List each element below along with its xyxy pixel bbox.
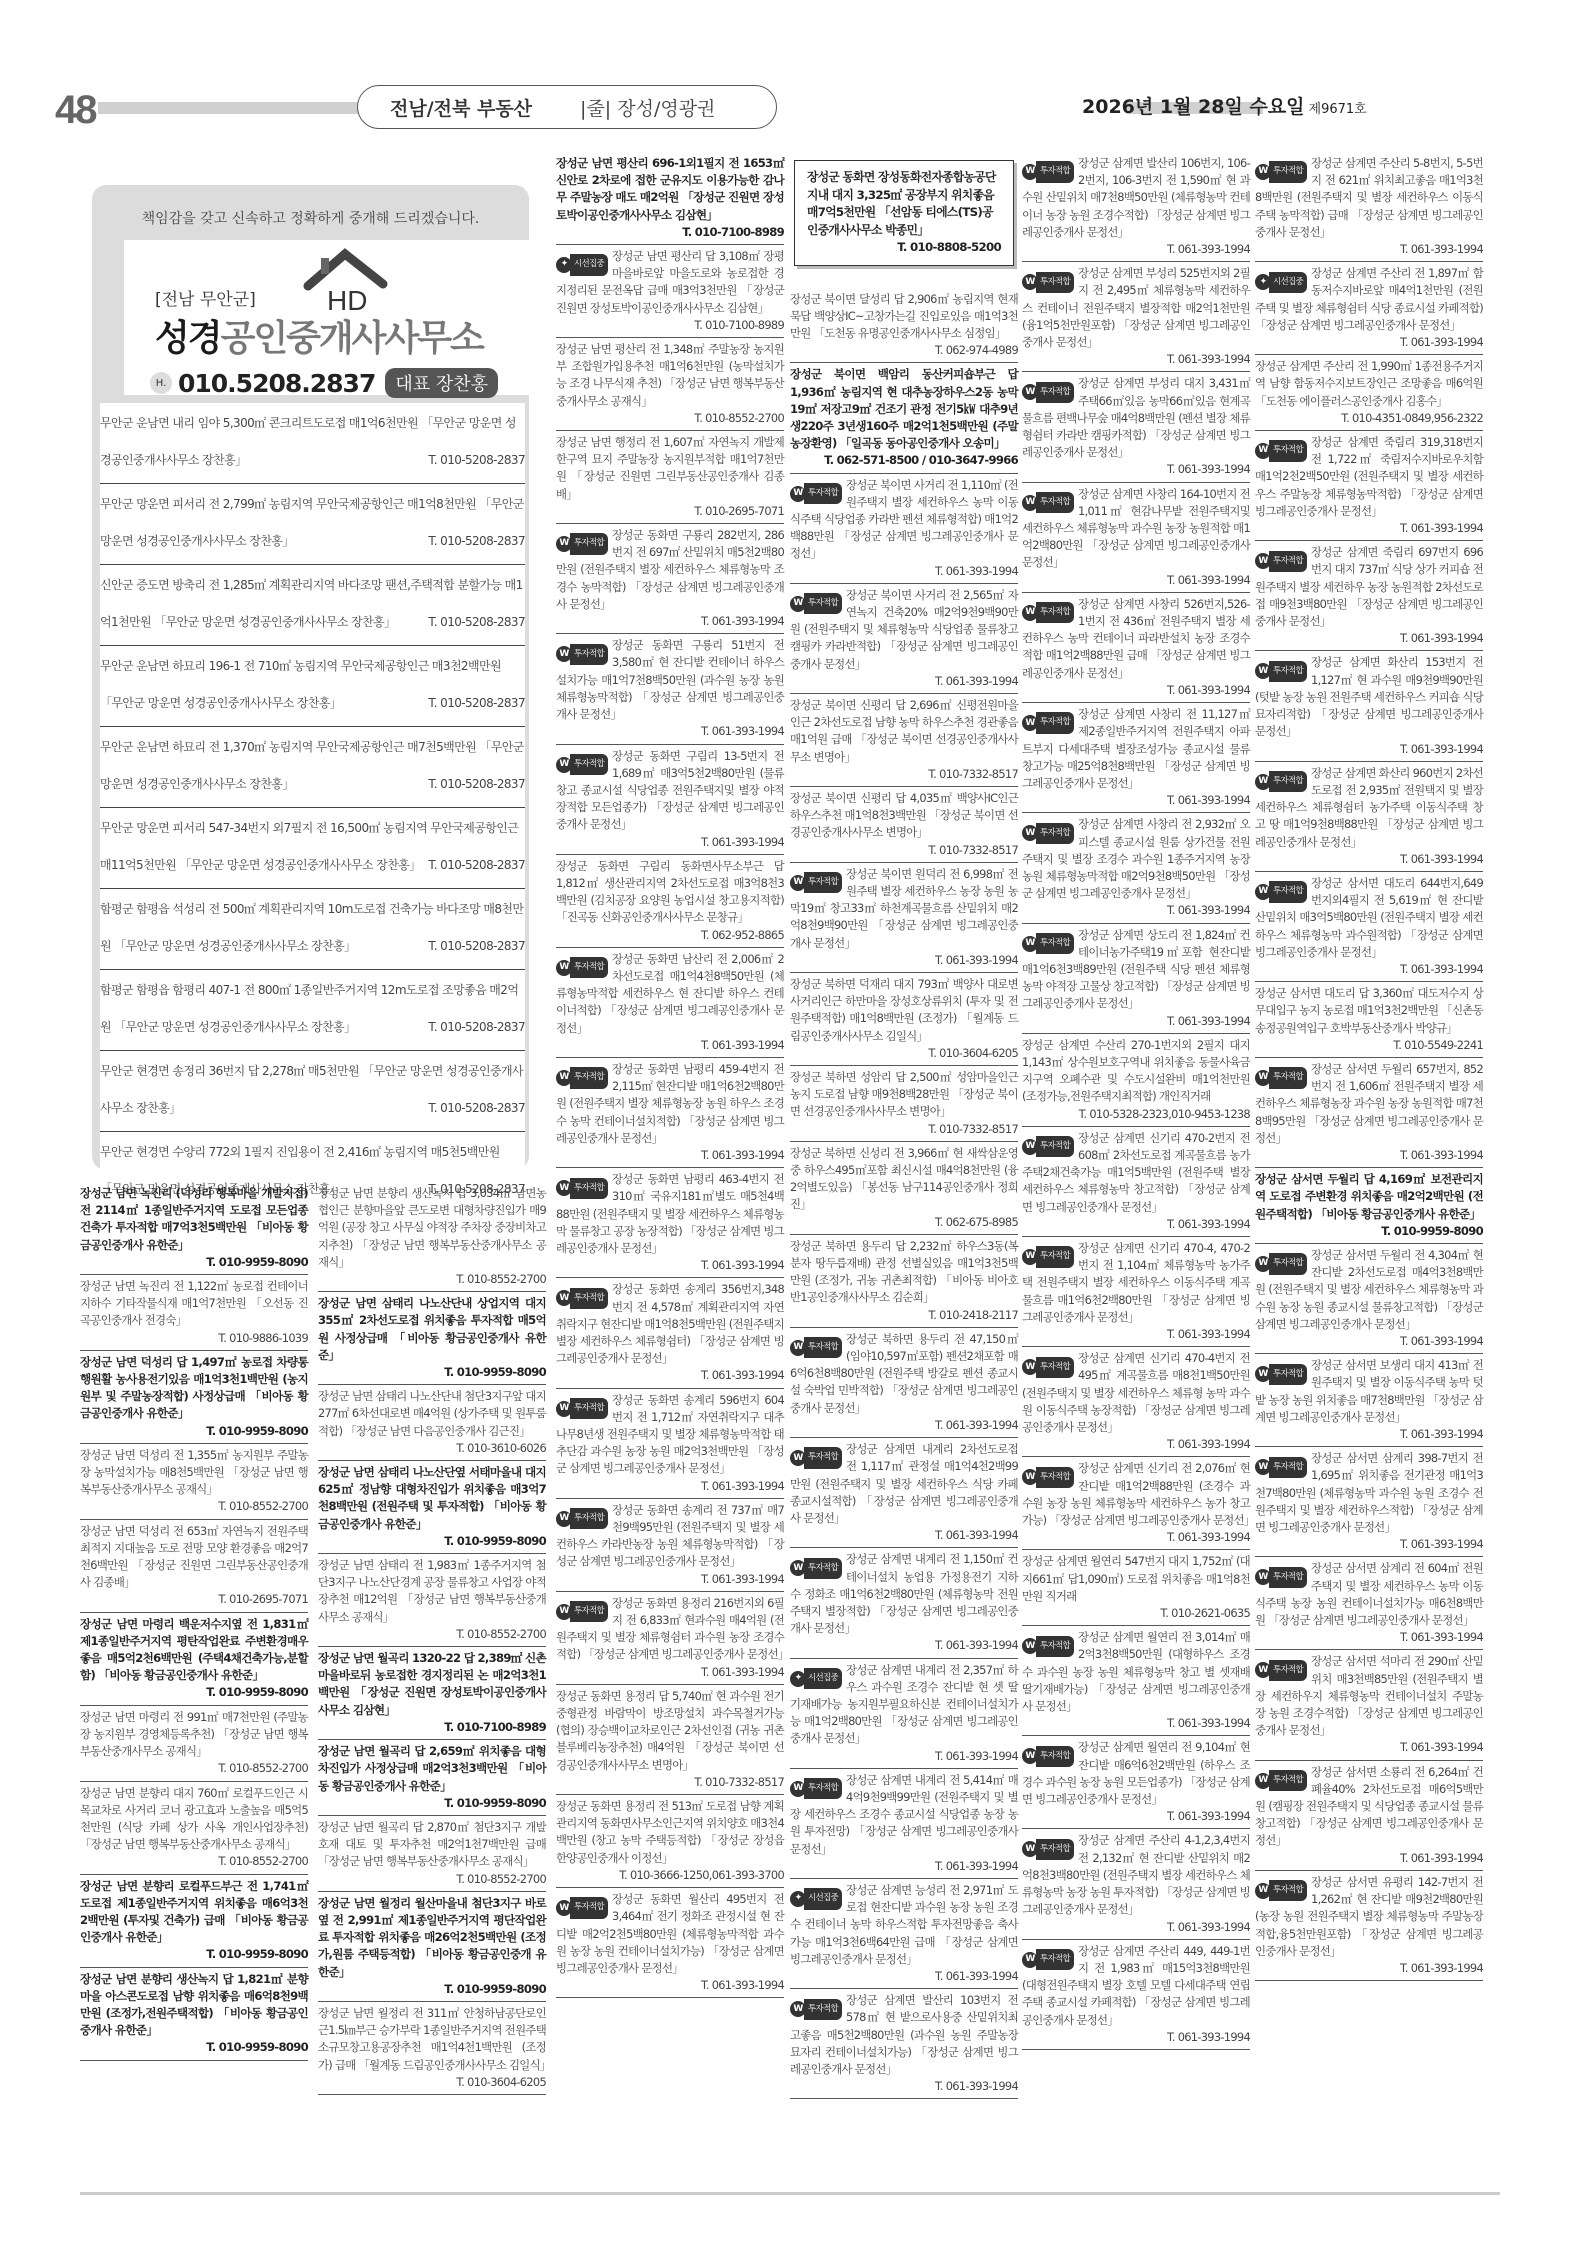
listing-entry: 장성군 삼서면 대도리 답 3,360㎡ 대도저수지 상무대입구 농지 농로접 … — [1255, 982, 1483, 1058]
listing-entry: W투자적합장성군 북이면 원덕리 전 6,998㎡ 전원주택 별장 세컨하우스 … — [790, 863, 1018, 973]
badge-label: 투자적합 — [1036, 1949, 1074, 1970]
listing-text: 장성군 삼서면 대도리 답 3,360㎡ 대도저수지 상무대입구 농지 농로접 … — [1255, 986, 1483, 1034]
column-6: W투자적합장성군 삼계면 주산리 5-8번지, 5-5번지 전 621㎡ 위치최… — [1255, 152, 1483, 1981]
column-4: 장성군 동화면 장성동화전자종합농공단지내 대지 3,325㎡ 공장부지 위치좋… — [790, 152, 1018, 2099]
listing-entry: 장성군 남면 월곡리 답 2,659㎡ 위치좋음 대형차진입가 사정상급매 매2… — [318, 1740, 546, 1816]
listing-entry: 장성군 북이면 신평리 답 4,035㎡ 백양사IC인근 하우스추천 매1억8천… — [790, 787, 1018, 863]
listing-phone: T. 061-393-1994 — [1255, 1536, 1483, 1553]
listing-text: 장성군 북이면 백암리 동산커피숍부근 답 1,936㎡ 농림지역 현 대추농장… — [790, 367, 1018, 450]
listing-text: 장성군 북하면 성암리 답 2,500㎡ 성암마을인근농지 도로접 남향 매9천… — [790, 1070, 1018, 1118]
invest-badge: W투자적합 — [1022, 1834, 1074, 1864]
listing-entry: 장성군 남면 월정리 월산마을내 첨단3지구 바로옆 전 2,991㎡ 제1종일… — [318, 1892, 546, 2002]
listing-entry: 장성군 남면 분향리 로컬푸드부근 전 1,741㎡ 도로접 제1종일반주거지역… — [80, 1875, 308, 1968]
invest-badge: W투자적합 — [1255, 1562, 1307, 1592]
invest-badge: W투자적합 — [1022, 929, 1074, 959]
listing-entry: W투자적합장성군 삼계면 주산리 5-8번지, 5-5번지 전 621㎡ 위치최… — [1255, 152, 1483, 262]
listing-phone: T. 061-393-1994 — [1255, 741, 1483, 758]
listing-phone: T. 010-9959-8090 — [80, 2039, 308, 2056]
listing-phone: T. 061-393-1994 — [790, 952, 1018, 969]
listing-entry: W투자적합장성군 삼계면 신기리 470-4, 470-2번지 전 1,104㎡… — [1022, 1237, 1250, 1347]
invest-badge: W투자적합 — [1255, 436, 1307, 466]
badge-label: 투자적합 — [1269, 440, 1307, 461]
listing-text: 장성군 삼계면 수산리 270-1번지외 2필지 대지 1,143㎡ 상수원보호… — [1022, 1038, 1250, 1104]
badge-label: 투자적합 — [1036, 1839, 1074, 1860]
invest-badge: W투자적합 — [1255, 546, 1307, 576]
listing-entry: 장성군 동화면 용정리 전 513㎡ 도로접 남향 계획관리지역 동화면사무소인… — [556, 1795, 784, 1888]
listing-phone: T. 061-393-1994 — [1022, 1436, 1250, 1453]
badge-label: 투자적합 — [1036, 1357, 1074, 1378]
invest-badge: W투자적합 — [556, 1283, 608, 1313]
listing-entry: W투자적합장성군 삼서면 소룡리 전 6,264㎡ 건폐율40% 2차선도로접 … — [1255, 1761, 1483, 1871]
badge-label: 투자적합 — [804, 1778, 842, 1799]
focus-badge: ✦시선집중 — [1255, 267, 1307, 297]
listing-entry: W투자적합장성군 삼계면 죽림리 319,318번지 전 1,722㎡ 죽림저수… — [1255, 431, 1483, 541]
listing-phone: T. 061-393-1994 — [556, 1037, 784, 1054]
listing-phone: T. 010-8552-2700 — [318, 1626, 546, 1643]
listing-phone: T. 061-393-1994 — [1022, 1326, 1250, 1343]
page-header: 48 전남/전북 부동산 |줄| 장성/영광권 2026년 1월 28일 수요일… — [0, 80, 1588, 140]
invest-badge: W투자적합 — [1022, 267, 1074, 297]
badge-label: 투자적합 — [1269, 1067, 1307, 1088]
header-rule-left — [98, 102, 360, 114]
listing-entry: W투자적합장성군 삼서면 두월리 전 4,304㎡ 현 잔디밭 2차선도로접 매… — [1255, 1244, 1483, 1354]
listing-phone: T. 010-9959-8090 — [318, 1533, 546, 1550]
listing-phone: T. 061-393-1994 — [1022, 1013, 1250, 1030]
listing-entry: 장성군 동화면 용정리 답 5,740㎡ 현 과수원 전기 중형관정 바람막이 … — [556, 1685, 784, 1795]
listing-phone: T. 062-952-8865 — [556, 927, 784, 944]
listing-text: 장성군 남면 월정리 월산마을내 첨단3지구 바로옆 전 2,991㎡ 제1종일… — [318, 1896, 546, 1979]
listing-entry: 장성군 남면 마령리 백운저수지옆 전 1,831㎡ 제1종일반주거지역 평탄작… — [80, 1613, 308, 1706]
ad-listing: 무안군 운남면 하묘리 196-1 전 710㎡ 농림지역 무안국제공항인근 매… — [100, 646, 525, 727]
badge-label: 투자적합 — [570, 1897, 608, 1918]
badge-label: 투자적합 — [1269, 1770, 1307, 1791]
listing-phone: T. 010-7100-8989 — [556, 317, 784, 334]
listing-entry: W투자적합장성군 삼계면 사창리 전 11,127㎡ 제2종일반주거지역 전원주… — [1022, 703, 1250, 813]
listing-phone: T. 061-393-1994 — [1255, 1147, 1483, 1164]
listing-phone: T. 010-8552-2700 — [80, 1498, 308, 1515]
column-1: 장성군 남면 녹진리 (덕성리 행복마을 개발지접) 전 2114㎡ 1종일반주… — [80, 1182, 308, 2061]
invest-badge: W투자적합 — [1022, 818, 1074, 848]
listing-phone: T. 061-393-1994 — [556, 613, 784, 630]
listing-text: 장성군 남면 분향리 생산녹지 답 3,034㎡ 남면농협인근 분향마을앞 큰도… — [318, 1186, 546, 1269]
listing-phone: T. 061-393-1994 — [556, 1257, 784, 1274]
listing-entry: W투자적합장성군 삼서면 유평리 142-7번지 전 1,262㎡ 현 잔디밭 … — [1255, 1871, 1483, 1981]
badge-label: 투자적합 — [1269, 551, 1307, 572]
listing-text: 장성군 남면 분향리 로컬푸드부근 전 1,741㎡ 도로접 제1종일반주거지역… — [80, 1879, 308, 1945]
listing-phone: T. 061-393-1994 — [1255, 961, 1483, 978]
badge-label: 투자적합 — [804, 593, 842, 614]
badge-label: 투자적합 — [1269, 1567, 1307, 1588]
listing-phone: T. 061-393-1994 — [790, 563, 1018, 580]
listing-text: 장성군 남면 마령리 백운저수지옆 전 1,831㎡ 제1종일반주거지역 평탄작… — [80, 1617, 308, 1683]
ad-listing: 무안군 망운면 피서리 547-34번지 외7필지 전 16,500㎡ 농림지역… — [100, 808, 525, 889]
listing-entry: W투자적합장성군 삼서면 대도리 644번지,649번지외4필지 전 5,619… — [1255, 872, 1483, 982]
listing-phone: T. 010-9959-8090 — [318, 1364, 546, 1381]
invest-badge: W투자적합 — [556, 1173, 608, 1203]
listing-text: 장성군 남면 덕성리 전 1,355㎡ 농지원부 주말농장 농막설치가능 매8천… — [80, 1448, 308, 1496]
badge-label: 투자적합 — [570, 533, 608, 554]
listing-phone: T. 061-393-1994 — [1022, 241, 1250, 258]
listing-phone: T. 010-5208-2837 — [428, 523, 525, 560]
listing-phone: T. 061-393-1994 — [1255, 1333, 1483, 1350]
ad-name-bold: 성경 — [155, 318, 221, 359]
badge-label: 투자적합 — [1036, 1746, 1074, 1767]
ad-phone: 010.5208.2837 — [178, 369, 375, 398]
listing-text: 장성군 남면 덕성리 전 653㎡ 자연녹지 전원주택최적지 지대높음 도로 전… — [80, 1524, 308, 1590]
publication-date: 2026년 1월 28일 수요일제9671호 — [1082, 92, 1367, 119]
listing-entry: 장성군 남면 삼태리 나노산단옆 서태마을내 대지 625㎡ 정남향 대형차진입… — [318, 1461, 546, 1554]
ad-listings: 무안군 운남면 내리 임야 5,300㎡ 콘크리트도로접 매1억6천만원 「무안… — [100, 403, 525, 1212]
listing-phone: T. 010-8552-2700 — [318, 1271, 546, 1288]
listing-phone: T. 061-393-1994 — [790, 1858, 1018, 1875]
badge-label: 투자적합 — [1269, 771, 1307, 792]
listing-entry: 장성군 남면 덕성리 전 653㎡ 자연녹지 전원주택최적지 지대높음 도로 전… — [80, 1520, 308, 1613]
listing-entry: 장성군 삼계면 수산리 270-1번지외 2필지 대지 1,143㎡ 상수원보호… — [1022, 1034, 1250, 1127]
badge-label: 투자적합 — [1269, 1364, 1307, 1385]
listing-entry: 장성군 동화면 구림리 동화면사무소부근 답 1,812㎡ 생산관리지역 2차선… — [556, 855, 784, 948]
listing-text: 장성군 남면 평산리 696-1외1필지 전 1653㎡ 신안로 2차로에 접한… — [556, 156, 784, 222]
listing-entry: 장성군 삼계면 주산리 전 1,990㎡ 1종전용주거지역 남향 함동저수지보트… — [1255, 355, 1483, 431]
section-subtitle: |줄| 장성/영광권 — [580, 94, 715, 121]
listing-entry: W투자적합장성군 삼계면 화산리 960번지 2차선도로접 전 2,935㎡ 전… — [1255, 762, 1483, 872]
listing-text: 장성군 남면 월곡리 답 2,659㎡ 위치좋음 대형차진입가 사정상급매 매2… — [318, 1744, 546, 1792]
invest-badge: W투자적합 — [556, 529, 608, 559]
listing-entry: ✦시선집중장성군 삼계면 능성리 전 2,971㎡ 도로접 현잔디밭 과수원 농… — [790, 1879, 1018, 1989]
badge-label: 투자적합 — [1036, 602, 1074, 623]
listing-text: 장성군 남면 월정리 전 311㎡ 안청하남공단로인근1.5㎞부근 승가부락 1… — [318, 2006, 551, 2072]
listing-phone: T. 061-393-1994 — [556, 1664, 784, 1681]
listing-phone: T. 010-3604-6205 — [318, 2074, 546, 2091]
invest-badge: W투자적합 — [1255, 656, 1307, 686]
listing-phone: T. 061-393-1994 — [1022, 682, 1250, 699]
listing-entry: 장성군 남면 월정리 전 311㎡ 안청하남공단로인근1.5㎞부근 승가부락 1… — [318, 2002, 546, 2095]
listing-phone: T. 061-393-1994 — [556, 1977, 784, 1994]
listing-entry: 장성군 남면 삼태리 나노산단내 상업지역 대지 355㎡ 2차선도로접 위치좋… — [318, 1292, 546, 1385]
footer-rule — [80, 2192, 1500, 2195]
invest-badge: W투자적합 — [1255, 1766, 1307, 1796]
badge-label: 투자적합 — [1269, 1253, 1307, 1274]
listing-phone: T. 010-8552-2700 — [80, 1760, 308, 1777]
listing-phone: T. 061-393-1994 — [1255, 520, 1483, 537]
listing-phone: T. 010-9886-1039 — [80, 1330, 308, 1347]
badge-label: 시선집중 — [804, 1888, 842, 1909]
listing-phone: T. 061-393-1994 — [790, 673, 1018, 690]
listing-phone: T. 010-7332-8517 — [790, 1121, 1018, 1138]
listing-phone: T. 061-393-1994 — [1255, 630, 1483, 647]
badge-label: 투자적합 — [1269, 161, 1307, 182]
listing-phone: T. 061-393-1994 — [790, 1417, 1018, 1434]
phone-icon: H. — [150, 372, 172, 394]
badge-label: 투자적합 — [1036, 1136, 1074, 1157]
focus-badge: ✦시선집중 — [790, 1664, 842, 1694]
listing-entry: 장성군 북하면 신성리 전 3,966㎡ 현 새싹삼운영중 하우스495㎡포함 … — [790, 1142, 1018, 1235]
listing-entry: W투자적합장성군 동화면 월산리 495번지 전 3,464㎡ 전기 정화조 관… — [556, 1888, 784, 1998]
listing-text: 장성군 동화면 장성동화전자종합농공단지내 대지 3,325㎡ 공장부지 위치좋… — [807, 170, 996, 237]
listing-phone: T. 061-393-1994 — [790, 1527, 1018, 1544]
listing-phone: T. 061-393-1994 — [556, 1571, 784, 1588]
listing-phone: T. 010-5208-2837 — [428, 442, 525, 479]
listing-entry: W투자적합장성군 삼계면 화산리 153번지 전 1,127㎡ 현 과수원 매9… — [1255, 651, 1483, 761]
listing-text: 장성군 남면 삼태리 전 1,983㎡ 1종주거지역 첨단3지구 나노산단경계 … — [318, 1558, 546, 1624]
badge-label: 투자적합 — [570, 1178, 608, 1199]
listing-entry: W투자적합장성군 삼계면 부성리 525번지외 2필지 전 2,495㎡ 체류형… — [1022, 262, 1250, 372]
badge-label: 투자적합 — [1036, 382, 1074, 403]
invest-badge: W투자적합 — [556, 1394, 608, 1424]
listing-phone: T. 010-5208-2837 — [428, 1009, 525, 1046]
listing-entry: W투자적합장성군 삼계면 발산리 103번지 전 578㎡ 현 밭으로사용중 산… — [790, 1989, 1018, 2099]
invest-badge: W투자적합 — [1022, 1352, 1074, 1382]
listing-text: 장성군 남면 녹진리 (덕성리 행복마을 개발지접) 전 2114㎡ 1종일반주… — [80, 1186, 308, 1252]
listing-phone: T. 061-393-1994 — [1255, 1850, 1483, 1867]
invest-badge: W투자적합 — [1255, 1876, 1307, 1906]
listing-text: 장성군 동화면 용정리 답 5,740㎡ 현 과수원 전기 중형관정 바람막이 … — [556, 1689, 784, 1772]
listing-text: 장성군 삼계면 월연리 547번지 대지 1,752㎡ (대지661㎡ 답1,0… — [1022, 1554, 1250, 1602]
invest-badge: W투자적합 — [1022, 377, 1074, 407]
listing-phone: T. 010-5328-2323,010-9453-1238 — [1022, 1106, 1250, 1123]
listing-entry: W투자적합장성군 삼계면 죽림리 697번지 696번지 대지 737㎡ 식당 … — [1255, 541, 1483, 651]
badge-label: 투자적합 — [570, 644, 608, 665]
listing-text: 장성군 삼서면 두월리 답 4,169㎡ 보전관리지역 도로접 주변환경 위치좋… — [1255, 1172, 1483, 1220]
listing-phone: T. 010-3666-1250,061-393-3700 — [556, 1867, 784, 1884]
badge-label: 투자적합 — [804, 1337, 842, 1358]
listing-entry: 장성군 남면 행정리 전 1,607㎡ 자연녹지 개발제한구역 묘지 주말농장 … — [556, 431, 784, 524]
listing-entry: W투자적합장성군 동화면 남평리 459-4번지 전 2,115㎡ 현잔디밭 매… — [556, 1058, 784, 1168]
listing-entry: 장성군 남면 덕성리 전 1,355㎡ 농지원부 주말농장 농막설치가능 매8천… — [80, 1444, 308, 1520]
listing-entry: W투자적합장성군 동화면 용정리 216번지외 6필지 전 6,833㎡ 현과수… — [556, 1592, 784, 1685]
invest-badge: W투자적합 — [1255, 877, 1307, 907]
listing-phone: T. 010-9959-8090 — [80, 1946, 308, 1963]
badge-label: 투자적합 — [570, 1288, 608, 1309]
listing-entry: 장성군 남면 마령리 전 991㎡ 매7천만원 (주말농장 농지원부 경영체등록… — [80, 1706, 308, 1782]
listing-phone: T. 010-2695-7071 — [80, 1591, 308, 1608]
listing-text: 장성군 남면 삼태리 나노산단내 상업지역 대지 355㎡ 2차선도로접 위치좋… — [318, 1296, 546, 1362]
house-logo-icon: HD — [303, 248, 388, 318]
column-2: 장성군 남면 분향리 생산녹지 답 3,034㎡ 남면농협인근 분향마을앞 큰도… — [318, 1182, 546, 2095]
listing-text: 장성군 남면 삼태리 나노산단옆 서태마을내 대지 625㎡ 정남향 대형차진입… — [318, 1465, 546, 1531]
listing-phone: T. 010-8552-2700 — [556, 410, 784, 427]
listing-phone: T. 061-393-1994 — [790, 2078, 1018, 2095]
listing-phone: T. 061-393-1994 — [1022, 792, 1250, 809]
listing-text: 장성군 남면 덕성리 답 1,497㎡ 농로접 차량통행원활 농사용전기있음 매… — [80, 1355, 308, 1421]
listing-phone: T. 061-393-1994 — [790, 1968, 1018, 1985]
listing-phone: T. 061-393-1994 — [1022, 1919, 1250, 1936]
listing-entry: 장성군 북하면 성암리 답 2,500㎡ 성암마을인근농지 도로접 남향 매9천… — [790, 1066, 1018, 1142]
ad-name-rest: 공인중개사사무소 — [221, 318, 483, 359]
invest-badge: W투자적합 — [1022, 1242, 1074, 1272]
listing-phone: T. 061-393-1994 — [790, 1637, 1018, 1654]
badge-label: 투자적합 — [1036, 272, 1074, 293]
section-label: 전남/전북 부동산 |줄| 장성/영광권 — [357, 85, 777, 129]
badge-label: 투자적합 — [570, 957, 608, 978]
listing-phone: T. 061-393-1994 — [790, 1748, 1018, 1765]
listing-phone: T. 010-5208-2837 — [428, 1090, 525, 1127]
listing-entry: W투자적합장성군 북이면 사거리 전 1,110㎡ (전원주택지 별장 세컨하우… — [790, 474, 1018, 584]
badge-label: 투자적합 — [804, 1447, 842, 1468]
listing-entry: W투자적합장성군 삼서면 두월리 657번지, 852번지 전 1,606㎡ 전… — [1255, 1058, 1483, 1168]
listing-phone: T. 010-9959-8090 — [80, 1254, 308, 1271]
badge-label: 투자적합 — [1036, 492, 1074, 513]
listing-entry: W투자적합장성군 삼계면 상도리 전 1,824㎡ 컨테이너농가주택19㎡포함 … — [1022, 924, 1250, 1034]
listing-text: 장성군 북이면 신평리 답 2,696㎡ 신평전원마을인근 2차선도로접 남향 … — [790, 698, 1018, 764]
listing-phone: T. 010-7332-8517 — [790, 766, 1018, 783]
invest-badge: W투자적합 — [556, 1063, 608, 1093]
invest-badge: W투자적합 — [790, 1994, 842, 2024]
listing-phone: T. 010-3604-6205 — [790, 1045, 1018, 1062]
badge-label: 투자적합 — [1036, 1636, 1074, 1657]
listing-text: 장성군 북하면 용두리 답 2,232㎡ 하우스3동(복분자 땅두릅재배) 관정… — [790, 1239, 1018, 1305]
badge-label: 투자적합 — [1036, 823, 1074, 844]
listing-phone: T. 010-8552-2700 — [80, 1853, 308, 1870]
badge-label: 투자적합 — [570, 1067, 608, 1088]
badge-label: 투자적합 — [804, 483, 842, 504]
badge-label: 투자적합 — [1036, 1467, 1074, 1488]
listing-phone: T. 061-393-1994 — [1255, 334, 1483, 351]
badge-label: 투자적합 — [1269, 1660, 1307, 1681]
section-title: 전남/전북 부동산 — [390, 94, 532, 121]
invest-badge: W투자적합 — [556, 1504, 608, 1534]
listing-entry: W투자적합장성군 동화면 구룡리 51번지 전 3,580㎡ 현 잔디밭 컨테이… — [556, 634, 784, 744]
listing-text: 장성군 남면 평산리 전 1,348㎡ 주말농장 농지원부 조합원가입용추천 매… — [556, 342, 784, 408]
listing-phone: T. 010-9959-8090 — [318, 1981, 546, 1998]
listing-entry: 장성군 북이면 신평리 답 2,696㎡ 신평전원마을인근 2차선도로접 남향 … — [790, 694, 1018, 787]
listing-text: 장성군 남면 삼태리 나노산단내 첨단3지구앞 대지 277㎡ 6차선대로변 매… — [318, 1389, 546, 1437]
ad-representative: 대표 장찬홍 — [385, 368, 498, 398]
invest-badge: W투자적합 — [1022, 1631, 1074, 1661]
listing-phone: T. 061-393-1994 — [556, 834, 784, 851]
listing-text: 장성군 남면 분향리 대지 760㎡ 로컬푸드인근 시목교차로 사거리 코너 광… — [80, 1786, 308, 1852]
listing-entry: 장성군 남면 삼태리 전 1,983㎡ 1종주거지역 첨단3지구 나노산단경계 … — [318, 1554, 546, 1647]
listing-phone: T. 061-393-1994 — [1022, 902, 1250, 919]
listing-phone: T. 010-5208-2837 — [428, 847, 525, 884]
badge-label: 투자적합 — [1036, 712, 1074, 733]
listing-entry: W투자적합장성군 삼계면 사창리 164-10번지 전 1,011㎡ 현감나무밭… — [1022, 483, 1250, 593]
invest-badge: W투자적합 — [1022, 488, 1074, 518]
listing-entry: 장성군 삼계면 월연리 547번지 대지 1,752㎡ (대지661㎡ 답1,0… — [1022, 1550, 1250, 1626]
invest-badge: W투자적합 — [1255, 1249, 1307, 1279]
listing-entry: W투자적합장성군 삼서면 삼계리 398-7번지 전 1,695㎡ 위치좋음 전… — [1255, 1447, 1483, 1557]
listing-entry: W투자적합장성군 삼계면 신기리 470-4번지 전 495㎡ 계곡물흐름 매8… — [1022, 1347, 1250, 1457]
listing-phone: T. 062-571-8500 / 010-3647-9966 — [790, 452, 1018, 469]
listing-phone: T. 010-8552-2700 — [318, 1871, 546, 1888]
listing-phone: T. 061-393-1994 — [556, 1478, 784, 1495]
listing-phone: T. 061-393-1994 — [556, 1367, 784, 1384]
invest-badge: W투자적합 — [556, 750, 608, 780]
listing-entry: 장성군 남면 녹진리 전 1,122㎡ 농로접 컨테이너 지하수 기타작물식재 … — [80, 1275, 308, 1351]
invest-badge: W투자적합 — [556, 1893, 608, 1923]
listing-entry: ✦시선집중장성군 삼계면 내계리 전 2,357㎡ 하우스 과수원 조경수 잔디… — [790, 1659, 1018, 1769]
listing-phone: T. 010-2695-7071 — [556, 503, 784, 520]
invest-badge: W투자적합 — [790, 1333, 842, 1363]
listing-phone: T. 061-393-1994 — [1022, 1808, 1250, 1825]
listing-entry: W투자적합장성군 삼서면 석마리 전 290㎡ 산밑위치 매3천백85만원 (전… — [1255, 1650, 1483, 1760]
listing-phone: T. 010-5208-2837 — [428, 766, 525, 803]
listing-phone: T. 061-393-1994 — [1255, 851, 1483, 868]
invest-badge: W투자적합 — [790, 868, 842, 898]
listing-phone: T. 061-393-1994 — [1255, 1739, 1483, 1756]
invest-badge: W투자적합 — [1255, 1359, 1307, 1389]
listing-entry: W투자적합장성군 동화면 남평리 463-4번지 전 310㎡ 국유지181㎡별… — [556, 1168, 784, 1278]
listing-text: 장성군 남면 월곡리 1320-22 답 2,389㎡ 신촌마을바로뒤 농로접한… — [318, 1651, 546, 1717]
listing-phone: T. 010-4351-0849,956-2322 — [1255, 410, 1483, 427]
listing-phone: T. 010-5208-2837 — [428, 928, 525, 965]
page-number: 48 — [55, 88, 96, 133]
focus-badge: ✦시선집중 — [556, 250, 608, 280]
listing-entry: W투자적합장성군 동화면 송계리 596번지 604번지 전 1,712㎡ 자연… — [556, 1389, 784, 1499]
listing-entry: 장성군 북이면 백암리 동산커피숍부근 답 1,936㎡ 농림지역 현 대추농장… — [790, 363, 1018, 473]
listing-text: 장성군 동화면 용정리 전 513㎡ 도로접 남향 계획관리지역 동화면사무소인… — [556, 1799, 784, 1865]
listing-entry: W투자적합장성군 삼계면 내계리 2차선도로접 전 1,117㎡ 관정설 매1억… — [790, 1438, 1018, 1548]
listing-phone: T. 010-8808-5200 — [807, 239, 1001, 257]
listing-entry: 장성군 남면 평산리 전 1,348㎡ 주말농장 농지원부 조합원가입용추천 매… — [556, 338, 784, 431]
invest-badge: W투자적합 — [556, 953, 608, 983]
badge-label: 투자적합 — [804, 872, 842, 893]
badge-label: 시선집중 — [804, 1668, 842, 1689]
listing-text: 장성군 남면 마령리 전 991㎡ 매7천만원 (주말농장 농지원부 경영체등록… — [80, 1710, 308, 1758]
ad-listing: 함평군 함평읍 함평리 407-1 전 800㎡ 1종일반주거지역 12m도로접… — [100, 970, 525, 1051]
listing-entry: 장성군 삼서면 두월리 답 4,169㎡ 보전관리지역 도로접 주변환경 위치좋… — [1255, 1168, 1483, 1244]
badge-label: 투자적합 — [570, 1601, 608, 1622]
badge-label: 투자적합 — [570, 754, 608, 775]
listing-entry: 장성군 남면 덕성리 답 1,497㎡ 농로접 차량통행원활 농사용전기있음 매… — [80, 1351, 308, 1444]
invest-badge: W투자적합 — [1255, 1655, 1307, 1685]
listing-text: 장성군 북이면 달성리 답 2,906㎡ 농림지역 현재묵답 백양상IC~고창가… — [790, 292, 1018, 340]
ad-phone-row: H. 010.5208.2837 대표 장찬홍 — [150, 368, 498, 398]
column-5: W투자적합장성군 삼계면 발산리 106번지, 106-2번지, 106-3번지… — [1022, 152, 1250, 2050]
listing-phone: T. 010-7100-8989 — [318, 1719, 546, 1736]
listing-phone: T. 010-9959-8090 — [1255, 1223, 1483, 1240]
badge-label: 투자적합 — [1036, 161, 1074, 182]
ad-listing: 무안군 운남면 하묘리 전 1,370㎡ 농림지역 무안국제공항인근 매7천5백… — [100, 727, 525, 808]
listing-entry: 장성군 남면 분향리 생산녹지 답 1,821㎡ 분향마을 아스콘도로접 남향 … — [80, 1968, 308, 2061]
listing-phone: T. 010-2418-2117 — [790, 1307, 1018, 1324]
listing-phone: T. 061-393-1994 — [1255, 241, 1483, 258]
ad-listing: 무안군 현경면 송정리 36번지 답 2,278㎡ 매5천만원 「무안군 망운면… — [100, 1051, 525, 1132]
listing-entry: W투자적합장성군 동화면 남산리 전 2,006㎡ 2차선도로접 매1억4천8백… — [556, 948, 784, 1058]
invest-badge: W투자적합 — [1255, 767, 1307, 797]
badge-label: 투자적합 — [570, 1398, 608, 1419]
listing-phone: T. 061-393-1994 — [1255, 1426, 1483, 1443]
listing-phone: T. 061-393-1994 — [1022, 1715, 1250, 1732]
listing-entry: W투자적합장성군 삼계면 월연리 전 3,014㎡ 매2억3천8백50만원 (대… — [1022, 1626, 1250, 1736]
invest-badge: W투자적합 — [556, 639, 608, 669]
listing-entry: W투자적합장성군 동화면 구림리 13-5번지 전 1,689㎡ 매3억5천2백… — [556, 745, 784, 855]
listing-phone: T. 061-393-1994 — [1022, 351, 1250, 368]
badge-label: 투자적합 — [570, 1508, 608, 1529]
listing-phone: T. 061-393-1994 — [556, 1147, 784, 1164]
invest-badge: W투자적합 — [1255, 157, 1307, 187]
badge-label: 투자적합 — [1269, 1457, 1307, 1478]
listing-entry: 장성군 남면 평산리 696-1외1필지 전 1653㎡ 신안로 2차로에 접한… — [556, 152, 784, 245]
badge-label: 투자적합 — [804, 1999, 842, 2020]
listing-entry: W투자적합장성군 삼계면 발산리 106번지, 106-2번지, 106-3번지… — [1022, 152, 1250, 262]
invest-badge: W투자적합 — [790, 1774, 842, 1804]
listing-entry: W투자적합장성군 삼계면 내계리 전 1,150㎡ 컨테이너설치 농업용 가정용… — [790, 1548, 1018, 1658]
badge-label: 투자적합 — [1036, 933, 1074, 954]
invest-badge: W투자적합 — [1022, 1132, 1074, 1162]
listing-entry: W투자적합장성군 북하면 용두리 전 47,150㎡ (임야10,597㎡포함)… — [790, 1328, 1018, 1438]
listing-entry: W투자적합장성군 삼서면 삼계리 전 604㎡ 전원주택지 및 별장 세컨하우스… — [1255, 1557, 1483, 1650]
listing-phone: T. 010-3610-6026 — [318, 1440, 546, 1457]
listing-entry: ✦시선집중장성군 삼계면 주산리 전 1,897㎡ 함동저수지바로앞 매4억1천… — [1255, 262, 1483, 355]
listing-entry: W투자적합장성군 삼계면 내계리 전 5,414㎡ 매4억9천9백99만원 (전… — [790, 1769, 1018, 1879]
listing-entry: W투자적합장성군 삼계면 사창리 526번지,526-1번지 전 436㎡ 전원… — [1022, 593, 1250, 703]
listing-phone: T. 062-974-4989 — [790, 342, 1018, 359]
invest-badge: W투자적합 — [1255, 1452, 1307, 1482]
invest-badge: W투자적합 — [556, 1597, 608, 1627]
listing-phone: T. 010-7332-8517 — [790, 842, 1018, 859]
ad-slogan: 책임감을 갖고 신속하고 정확하게 중개해 드리겠습니다. — [92, 208, 529, 228]
badge-label: 시선집중 — [570, 254, 608, 275]
